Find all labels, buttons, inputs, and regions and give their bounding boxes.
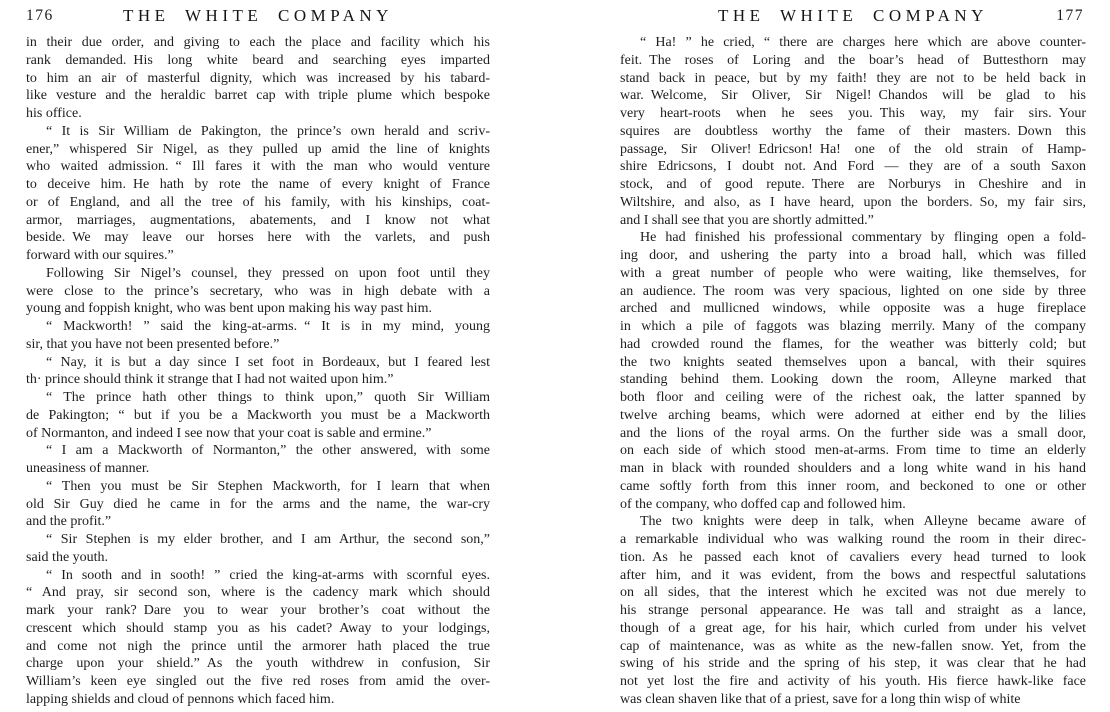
text-line: an audience. The room was very spacious,… <box>620 283 1086 301</box>
text-line: The two knights were deep in talk, when … <box>620 513 1086 531</box>
text-line: “ Sir Stephen is my elder brother, and I… <box>26 531 490 549</box>
text-line: ing door, and ushering the party into a … <box>620 247 1086 265</box>
text-line: in which a pile of faggots was blazing m… <box>620 318 1086 336</box>
text-line: had crowded round the flames, for the we… <box>620 336 1086 354</box>
text-line: cap of maintenance, was as white as the … <box>620 638 1086 656</box>
text-line: man in black with rounded shoulders and … <box>620 460 1086 478</box>
text-line: with a great number of people who were w… <box>620 265 1086 283</box>
text-line: said the youth. <box>26 549 490 567</box>
text-line: on all sides, that the interest which he… <box>620 584 1086 602</box>
text-line: William’s keen eye singled out the five … <box>26 673 490 691</box>
text-line: “ Nay, it is but a day since I set foot … <box>26 354 490 372</box>
text-line: on each side of which stood men-at-arms.… <box>620 442 1086 460</box>
paragraph: “ In sooth and in sooth! ” cried the kin… <box>26 567 490 709</box>
text-line: and the lions of the royal arms. On the … <box>620 425 1086 443</box>
paragraph: Following Sir Nigel’s counsel, they pres… <box>26 265 490 318</box>
paragraph: in their due order, and giving to each t… <box>26 34 490 123</box>
text-line: and come not nigh the prince until the a… <box>26 638 490 656</box>
running-header-right: THE WHITE COMPANY 177 <box>620 6 1086 29</box>
text-line: rank demanded. His long white beard and … <box>26 52 490 70</box>
text-line: in their due order, and giving to each t… <box>26 34 490 52</box>
text-line: like vesture and the heraldic barret cap… <box>26 87 490 105</box>
text-line: of Normanton, and indeed I see now that … <box>26 425 490 443</box>
text-line: was clean shaven like that of a priest, … <box>620 691 1086 709</box>
text-line: young and foppish knight, who was bent u… <box>26 300 490 318</box>
text-line: passage, Sir Oliver! Edricson! Ha! one o… <box>620 141 1086 159</box>
text-line: to deceive him. He hath by rote the name… <box>26 176 490 194</box>
book-spread: 176 THE WHITE COMPANY in their due order… <box>0 0 1110 712</box>
page-body-left: in their due order, and giving to each t… <box>26 34 490 709</box>
paragraph: He had finished his professional comment… <box>620 229 1086 513</box>
text-line: his office. <box>26 105 490 123</box>
text-line: came softly forth from this inner room, … <box>620 478 1086 496</box>
paragraph: The two knights were deep in talk, when … <box>620 513 1086 708</box>
text-line: squires are doubtless worthy the fame of… <box>620 123 1086 141</box>
text-line: standing behind them. Looking down the r… <box>620 371 1086 389</box>
paragraph: “ The prince hath other things to think … <box>26 389 490 442</box>
text-line: were close to the prince’s secretary, wh… <box>26 283 490 301</box>
text-line: after him, and it was evident, from the … <box>620 567 1086 585</box>
text-line: very heart-roots when he sees you. This … <box>620 105 1086 123</box>
running-title-left: THE WHITE COMPANY <box>26 6 490 26</box>
text-line: or of England, and all the tree of his f… <box>26 194 490 212</box>
text-line: and I shall see that you are shortly adm… <box>620 212 1086 230</box>
text-line: feit. The roses of Loring and the boar’s… <box>620 52 1086 70</box>
paragraph: “ I am a Mackworth of Normanton,” the ot… <box>26 442 490 478</box>
text-line: “ Then you must be Sir Stephen Mackworth… <box>26 478 490 496</box>
text-line: arched and mullicned windows, while oppo… <box>620 300 1086 318</box>
text-line: “ And pray, sir second son, where is the… <box>26 584 490 602</box>
page-right: THE WHITE COMPANY 177 “ Ha! ” he cried, … <box>555 0 1110 712</box>
paragraph: “ Ha! ” he cried, “ there are charges he… <box>620 34 1086 229</box>
text-line: “ Ha! ” he cried, “ there are charges he… <box>620 34 1086 52</box>
text-line: not yet lost the fire and activity of hi… <box>620 673 1086 691</box>
text-line: tion. As he passed each knot of cavalier… <box>620 549 1086 567</box>
text-line: de Pakington; “ but if you be a Mackwort… <box>26 407 490 425</box>
page-body-right: “ Ha! ” he cried, “ there are charges he… <box>620 34 1086 709</box>
paragraph: “ Nay, it is but a day since I set foot … <box>26 354 490 390</box>
paragraph: “ Then you must be Sir Stephen Mackworth… <box>26 478 490 531</box>
text-line: “ In sooth and in sooth! ” cried the kin… <box>26 567 490 585</box>
text-line: ener,” whispered Sir Nigel, as they pull… <box>26 141 490 159</box>
running-title-right: THE WHITE COMPANY <box>620 6 1086 26</box>
text-line: of the company, who doffed cap and follo… <box>620 496 1086 514</box>
page-number-right: 177 <box>1056 7 1084 25</box>
paragraph: “ It is Sir William de Pakington, the pr… <box>26 123 490 265</box>
paragraph: “ Sir Stephen is my elder brother, and I… <box>26 531 490 567</box>
page-left: 176 THE WHITE COMPANY in their due order… <box>0 0 555 712</box>
text-line: war. Welcome, Sir Oliver, Sir Nigel! Cha… <box>620 87 1086 105</box>
text-line: “ It is Sir William de Pakington, the pr… <box>26 123 490 141</box>
text-line: lapping shields and cloud of pennons whi… <box>26 691 490 709</box>
text-line: forward with our squires.” <box>26 247 490 265</box>
text-line: old Sir Guy died he came in for the arms… <box>26 496 490 514</box>
text-line: though of a great age, for his hair, whi… <box>620 620 1086 638</box>
text-line: the two knights seated themselves upon a… <box>620 354 1086 372</box>
paragraph: “ Mackworth! ” said the king-at-arms. “ … <box>26 318 490 354</box>
text-line: stand back in peace, but by my faith! th… <box>620 70 1086 88</box>
text-line: “ I am a Mackworth of Normanton,” the ot… <box>26 442 490 460</box>
text-line: charge upon your shield.” As the youth w… <box>26 655 490 673</box>
text-line: twelve arching beams, which were adorned… <box>620 407 1086 425</box>
text-line: beside. We may leave our horses here wit… <box>26 229 490 247</box>
text-line: “ Mackworth! ” said the king-at-arms. “ … <box>26 318 490 336</box>
text-line: th· prince should think it strange that … <box>26 371 490 389</box>
running-header-left: 176 THE WHITE COMPANY <box>26 6 490 29</box>
text-line: mark your rank? Dare you to wear your br… <box>26 602 490 620</box>
text-line: a remarkable individual who was walking … <box>620 531 1086 549</box>
text-line: armor, marriages, augmentations, abateme… <box>26 212 490 230</box>
text-line: stock, and of good repute. There are Nor… <box>620 176 1086 194</box>
text-line: to him an air of masterful dignity, whic… <box>26 70 490 88</box>
text-line: shire Edricsons, I doubt not. And Ford —… <box>620 158 1086 176</box>
text-line: who waited admission. “ Ill fares it wit… <box>26 158 490 176</box>
text-line: crescent which should stamp you as his c… <box>26 620 490 638</box>
page-number-left: 176 <box>26 7 54 25</box>
text-line: “ The prince hath other things to think … <box>26 389 490 407</box>
text-line: He had finished his professional comment… <box>620 229 1086 247</box>
text-line: uneasiness of manner. <box>26 460 490 478</box>
text-line: his strange personal appearance. He was … <box>620 602 1086 620</box>
text-line: Wiltshire, and also, as I have heard, up… <box>620 194 1086 212</box>
text-line: swing of his stride and the spring of hi… <box>620 655 1086 673</box>
text-line: and the profit.” <box>26 513 490 531</box>
text-line: Following Sir Nigel’s counsel, they pres… <box>26 265 490 283</box>
text-line: both floor and ceiling were of the riche… <box>620 389 1086 407</box>
text-line: sir, that you have not been presented be… <box>26 336 490 354</box>
